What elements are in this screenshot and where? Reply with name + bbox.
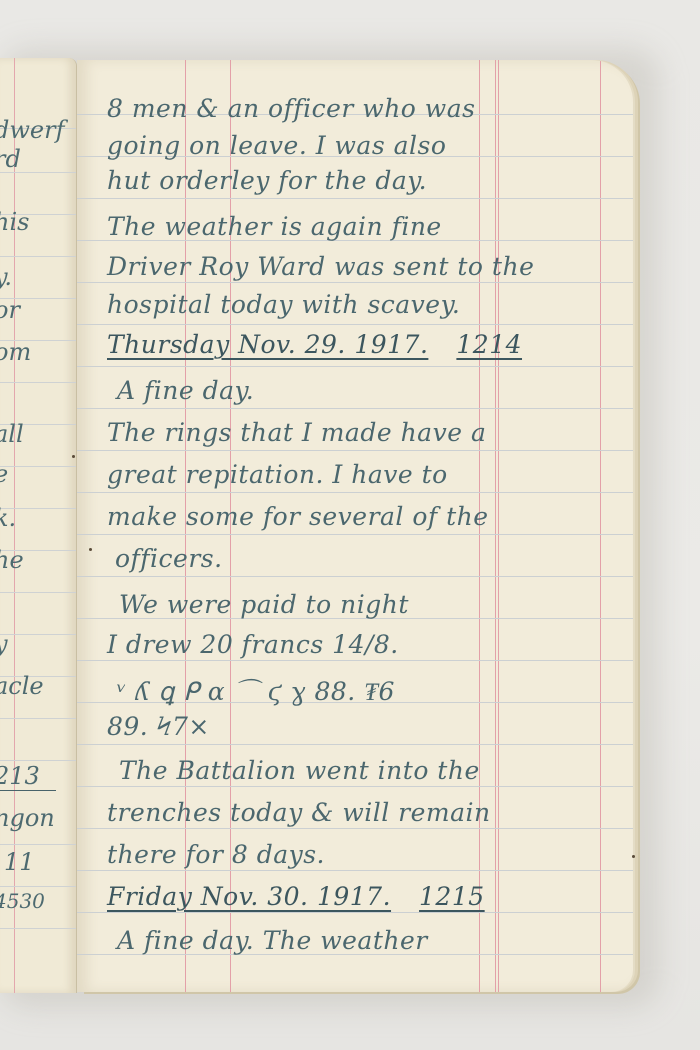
diary-line: The rings that I made have a (107, 418, 486, 447)
left-fragment: k. (0, 504, 16, 532)
rule (77, 744, 633, 745)
diary-line: going on leave. I was also (107, 131, 446, 160)
diary-line: hospital today with scavey. (107, 290, 460, 319)
left-fragment: 4530 (0, 889, 45, 913)
left-fragment: y. (0, 263, 12, 291)
rule (0, 256, 76, 257)
rule (0, 592, 76, 593)
column-line (600, 60, 601, 992)
rule (0, 760, 76, 761)
left-fragment: y (0, 630, 8, 658)
diary-line: there for 8 days. (107, 840, 325, 869)
diary-line: 8 men & an officer who was (107, 94, 475, 123)
right-page: 8 men & an officer who was going on leav… (77, 60, 633, 992)
rule (0, 928, 76, 929)
diary-line: Driver Roy Ward was sent to the (107, 252, 534, 281)
diary-line: I drew 20 francs 14/8. (107, 630, 399, 659)
ink-spot (632, 855, 635, 858)
diary-line: great repitation. I have to (107, 460, 448, 489)
left-fragment: or (0, 296, 20, 324)
ink-spot (89, 548, 92, 551)
rule (77, 198, 633, 199)
rule (77, 786, 633, 787)
diary-line: officers. (115, 544, 223, 573)
entry-heading: Thursday Nov. 29. 1917.1214 (107, 330, 522, 359)
diary-line: The Battalion went into the (119, 756, 480, 785)
left-fragment: his (0, 208, 29, 236)
diary-line: A fine day. (117, 376, 254, 405)
left-fragment: acle (0, 672, 44, 700)
rule (0, 382, 76, 383)
shorthand-line: ᵛ ʎ ꝗ ᑭ ɑ ⌒ ϛ ɣ 88. ₮6 (117, 672, 395, 708)
diary-line: The weather is again fine (107, 212, 442, 241)
entry-heading: Friday Nov. 30. 1917.1215 (107, 882, 485, 911)
left-fragment: e (0, 460, 8, 488)
rule (77, 366, 633, 367)
rule (77, 870, 633, 871)
rule (77, 408, 633, 409)
left-entry-number: 213 (0, 762, 56, 791)
rule (0, 718, 76, 719)
column-line (498, 60, 499, 992)
rule (77, 660, 633, 661)
rule (77, 492, 633, 493)
rule (77, 324, 633, 325)
diary-line: trenches today & will remain (107, 798, 491, 827)
left-fragment: all (0, 420, 24, 448)
entry-date: Friday Nov. 30. 1917. (107, 882, 391, 911)
left-fragment: ngon (0, 804, 55, 832)
rule (0, 634, 76, 635)
rule (0, 844, 76, 845)
left-fragment: rd (0, 145, 21, 173)
diary-line: A fine day. The weather (117, 926, 428, 955)
left-fragment: dwerf (0, 116, 64, 144)
rule (0, 886, 76, 887)
rule (77, 534, 633, 535)
entry-number: 1215 (419, 882, 485, 911)
rule (0, 466, 76, 467)
diary-line: hut orderley for the day. (107, 166, 427, 195)
rule (77, 282, 633, 283)
rule (77, 576, 633, 577)
left-fragment: om (0, 338, 31, 366)
diary-line: make some for several of the (107, 502, 489, 531)
entry-date: Thursday Nov. 29. 1917. (107, 330, 428, 359)
rule (77, 450, 633, 451)
column-line (495, 60, 496, 992)
diary-line: We were paid to night (119, 590, 409, 619)
left-page: dwerf rd his y. or om all e k. he y acle… (0, 58, 77, 993)
rule (77, 912, 633, 913)
rule (77, 828, 633, 829)
left-fragment: he (0, 546, 24, 574)
shorthand-line: 89. Ϟ7× (107, 712, 210, 741)
ink-spot (72, 455, 75, 458)
left-fragment: 11 (4, 848, 35, 876)
entry-number: 1214 (456, 330, 522, 359)
